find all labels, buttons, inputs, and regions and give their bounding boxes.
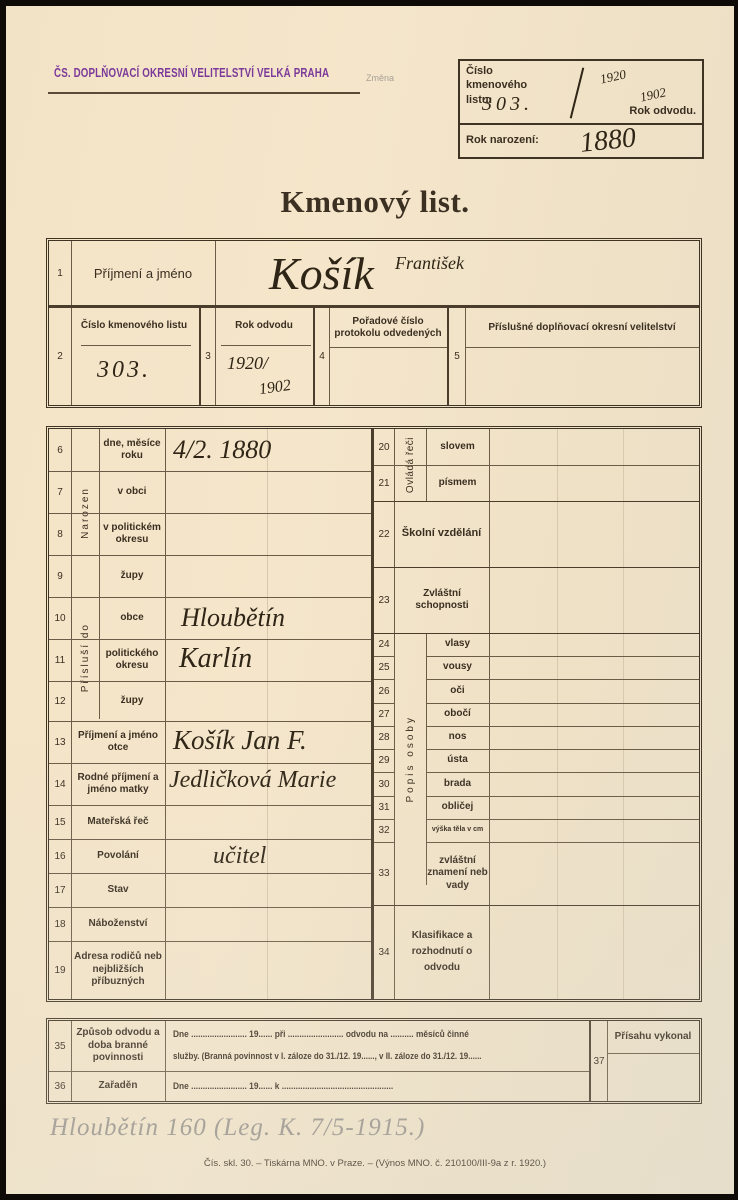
row-label: Adresa rodičů neb nejbližších příbuzných bbox=[71, 941, 165, 999]
faint-col bbox=[267, 429, 268, 999]
slash-mark bbox=[570, 68, 585, 119]
row-num: 20 bbox=[374, 429, 394, 465]
row-label: v obci bbox=[99, 471, 165, 513]
faint-col bbox=[623, 429, 624, 999]
group-popis: Popis osoby bbox=[394, 633, 426, 885]
row-divider bbox=[49, 513, 371, 514]
povolani-value: učitel bbox=[213, 843, 266, 870]
row-num: 12 bbox=[49, 681, 71, 721]
group-popis-text: Popis osoby bbox=[405, 715, 416, 802]
col-header-poradove: Pořadové číslo protokolu odvedených bbox=[329, 311, 447, 345]
row-num: 6 bbox=[49, 429, 71, 471]
row-label: dne, měsíce roku bbox=[99, 429, 165, 471]
row-num: 14 bbox=[49, 763, 71, 805]
row-label: Klasifikace a rozhodnutí o odvodu bbox=[404, 905, 480, 999]
row-num: 24 bbox=[374, 633, 394, 656]
row-num: 21 bbox=[374, 465, 394, 501]
row-label: župy bbox=[99, 555, 165, 597]
rok-odvodu-bottom: 1902 bbox=[639, 84, 668, 105]
row-divider bbox=[49, 681, 371, 682]
rok-odvodu-top: 1920 bbox=[599, 66, 628, 87]
col-header-velitelstvi: Příslušné doplňovací okresní velitelství bbox=[465, 311, 699, 345]
rok-narozeni-value: 1880 bbox=[578, 122, 637, 160]
row-num: 34 bbox=[374, 905, 394, 999]
row-num: 22 bbox=[374, 501, 394, 567]
bottom-table: 35 Způsob odvodu a doba branné povinnost… bbox=[46, 1018, 702, 1104]
rok-value-top: 1920/ bbox=[227, 353, 268, 374]
col-divider bbox=[489, 429, 490, 999]
row-num: 37 bbox=[591, 1021, 607, 1101]
row-num: 27 bbox=[374, 703, 394, 726]
row-num: 15 bbox=[49, 805, 71, 839]
row-label: obce bbox=[99, 597, 165, 639]
row35-line2: služby. (Branná povinnost v I. záloze do… bbox=[173, 1051, 482, 1062]
row-divider bbox=[374, 465, 699, 466]
registration-box: Číslo kmenového listu: 303. 1920 1902 Ro… bbox=[458, 59, 704, 159]
row-num: 28 bbox=[374, 726, 394, 749]
row-num: 17 bbox=[49, 873, 71, 907]
row-label: Školní vzdělání bbox=[394, 501, 489, 567]
cislo-value: 303. bbox=[482, 93, 533, 116]
row-label: Rodné příjmení a jméno matky bbox=[71, 763, 165, 805]
obec-value: Hloubětín bbox=[181, 603, 285, 633]
row-num: 30 bbox=[374, 772, 394, 796]
header-underline bbox=[465, 347, 699, 348]
col-header-cislo: Číslo kmenového listu bbox=[71, 311, 197, 341]
row-num: 23 bbox=[374, 567, 394, 633]
col-divider bbox=[215, 241, 216, 305]
row-num: 8 bbox=[49, 513, 71, 555]
row-num: 13 bbox=[49, 721, 71, 763]
row-label: oči bbox=[426, 679, 489, 703]
col-header-rok: Rok odvodu bbox=[215, 311, 313, 341]
stamp-underline bbox=[48, 92, 360, 94]
row-divider bbox=[374, 633, 699, 634]
row-label: Přísahu vykonal bbox=[607, 1021, 699, 1053]
row-label: Náboženství bbox=[71, 907, 165, 941]
header-table: 1 Příjmení a jméno Košík František 2 Čís… bbox=[46, 238, 702, 408]
row-divider bbox=[49, 305, 699, 308]
row-label: Způsob odvodu a doba branné povinnosti bbox=[71, 1021, 165, 1071]
document-title: Kmenový list. bbox=[6, 184, 738, 220]
row36-line: Dne ........................ 19...... k … bbox=[173, 1081, 393, 1092]
row-num: 7 bbox=[49, 471, 71, 513]
pencil-note: Hloubětín 160 (Leg. K. 7/5-1915.) bbox=[50, 1114, 425, 1142]
row-num: 35 bbox=[49, 1021, 71, 1071]
row-label: písmem bbox=[426, 465, 489, 501]
row-num: 32 bbox=[374, 819, 394, 842]
row-label: výška těla v cm bbox=[426, 819, 489, 842]
group-prislusi: Přísluší do bbox=[71, 597, 99, 719]
father-value: Košík Jan F. bbox=[173, 725, 307, 756]
row-divider bbox=[49, 471, 371, 472]
row-label: obočí bbox=[426, 703, 489, 726]
row-label: brada bbox=[426, 772, 489, 796]
name-label: Příjmení a jméno bbox=[71, 241, 215, 305]
row-divider bbox=[49, 555, 371, 556]
header-underline bbox=[221, 345, 311, 346]
row-label: slovem bbox=[426, 429, 489, 465]
row-num: 26 bbox=[374, 679, 394, 703]
row-num: 9 bbox=[49, 555, 71, 597]
header-underline bbox=[81, 345, 191, 346]
main-table: Narozen Přísluší do 6 dne, měsíce roku 4… bbox=[46, 426, 702, 1002]
row-label: vousy bbox=[426, 656, 489, 679]
unit-stamp: ČS. DOPLŇOVACÍ OKRESNÍ VELITELSTVÍ VELKÁ… bbox=[54, 66, 329, 80]
col-divider bbox=[165, 1021, 166, 1101]
given-name-value: František bbox=[395, 253, 464, 274]
row-divider bbox=[49, 597, 371, 598]
row-label: župy bbox=[99, 681, 165, 721]
row-num: 4 bbox=[315, 308, 329, 405]
row-num: 5 bbox=[449, 308, 465, 405]
cislo-value-2: 303. bbox=[97, 357, 151, 384]
row-num: 11 bbox=[49, 639, 71, 681]
row-label: Zvláštní schopnosti bbox=[404, 567, 480, 633]
surname-value: Košík bbox=[269, 247, 374, 300]
rok-narozeni-label: Rok narození: bbox=[466, 134, 539, 146]
row-label: politického okresu bbox=[99, 639, 165, 681]
mother-value: Jedličková Marie bbox=[169, 767, 336, 794]
print-footer: Čís. skl. 30. – Tiskárna MNO. v Praze. –… bbox=[6, 1158, 738, 1169]
document-page: ČS. DOPLŇOVACÍ OKRESNÍ VELITELSTVÍ VELKÁ… bbox=[6, 6, 734, 1194]
row-label: Povolání bbox=[71, 839, 165, 873]
row-num: 16 bbox=[49, 839, 71, 873]
row-num: 19 bbox=[49, 941, 71, 999]
row-label: vlasy bbox=[426, 633, 489, 656]
rok-odvodu-label: Rok odvodu. bbox=[629, 105, 696, 117]
row-label: nos bbox=[426, 726, 489, 749]
row-num: 33 bbox=[374, 842, 394, 905]
row-num: 31 bbox=[374, 796, 394, 819]
divider bbox=[460, 123, 702, 125]
row-label: Zařaděn bbox=[71, 1071, 165, 1101]
row-label: zvláštní znamení neb vady bbox=[426, 842, 489, 905]
faint-col bbox=[557, 429, 558, 999]
row-divider bbox=[607, 1053, 699, 1054]
row-label: Mateřská řeč bbox=[71, 805, 165, 839]
row35-line1: Dne ........................ 19...... př… bbox=[173, 1029, 469, 1040]
row-label: obličej bbox=[426, 796, 489, 819]
row-divider bbox=[49, 639, 371, 640]
row-label: ústa bbox=[426, 749, 489, 772]
row-num: 3 bbox=[201, 308, 215, 405]
row-num: 18 bbox=[49, 907, 71, 941]
row-num: 1 bbox=[49, 241, 71, 305]
row-num: 10 bbox=[49, 597, 71, 639]
group-prislusi-text: Přísluší do bbox=[80, 623, 91, 692]
col-divider bbox=[165, 429, 166, 999]
row-num: 36 bbox=[49, 1071, 71, 1101]
row-num: 25 bbox=[374, 656, 394, 679]
faint-label-zmena: Změna bbox=[366, 73, 394, 83]
row-label: Stav bbox=[71, 873, 165, 907]
birth-date-value: 4/2. 1880 bbox=[173, 435, 271, 465]
row-num: 29 bbox=[374, 749, 394, 772]
rok-value-bottom: 1902 bbox=[258, 377, 292, 399]
row-label: v politickém okresu bbox=[99, 513, 165, 555]
header-underline bbox=[329, 347, 447, 348]
row-label: Příjmení a jméno otce bbox=[71, 721, 165, 763]
row-num: 2 bbox=[49, 308, 71, 405]
okres-value: Karlín bbox=[179, 643, 252, 675]
